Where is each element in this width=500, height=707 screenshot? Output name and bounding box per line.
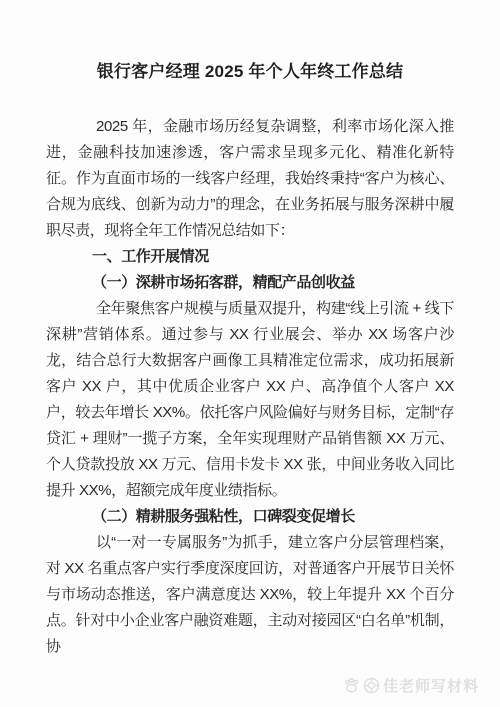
watermark-text: 佳老师写材料 <box>383 675 479 696</box>
subsection-heading-market-expansion: （一）深耕市场拓客群，精配产品创收益 <box>46 270 454 296</box>
document-page: 银行客户经理 2025 年个人年终工作总结 2025 年，金融市场历经复杂调整，… <box>0 0 500 707</box>
baijiahao-paw-icon <box>343 677 360 694</box>
section-heading-work-progress: 一、工作开展情况 <box>46 244 454 270</box>
paragraph-market-expansion: 全年聚焦客户规模与质量双提升，构建“线上引流 + 线下深耕”营销体系。通过参与 … <box>46 296 454 504</box>
watermark: 佳老师写材料 <box>343 675 479 696</box>
author-avatar-icon <box>363 677 380 694</box>
document-body: 2025 年，金融市场历经复杂调整，利率市场化深入推进，金融科技加速渗透，客户需… <box>46 114 454 660</box>
page-title: 银行客户经理 2025 年个人年终工作总结 <box>0 0 500 84</box>
intro-paragraph: 2025 年，金融市场历经复杂调整，利率市场化深入推进，金融科技加速渗透，客户需… <box>46 114 454 244</box>
paragraph-service-quality: 以“一对一专属服务”为抓手，建立客户分层管理档案，对 XX 名重点客户实行季度深… <box>46 530 454 660</box>
subsection-heading-service-quality: （二）精耕服务强粘性，口碑裂变促增长 <box>46 504 454 530</box>
